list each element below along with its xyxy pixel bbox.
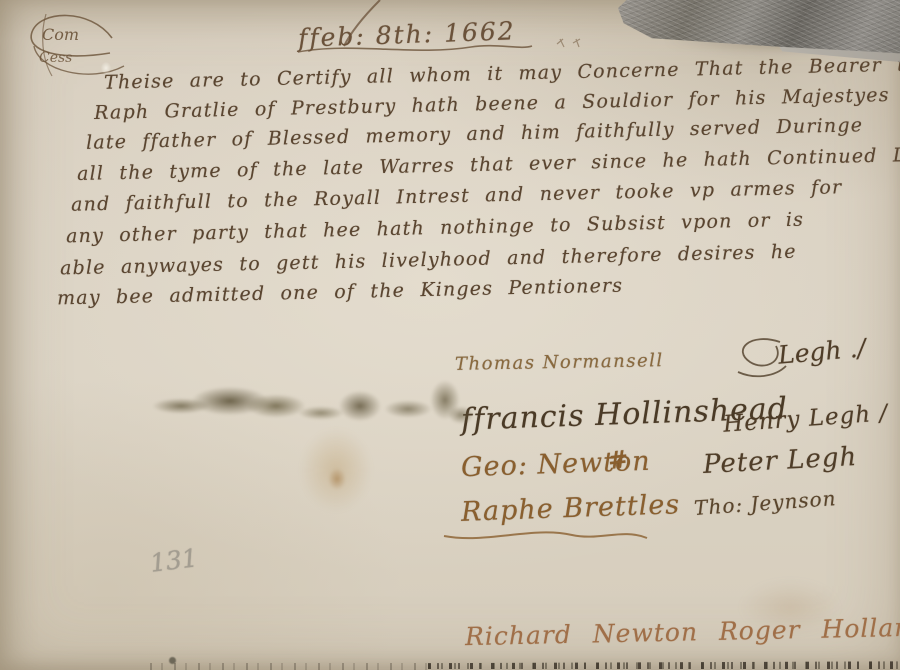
- ink-blot-stain: [148, 376, 478, 440]
- brettles-underline-flourish: [442, 522, 652, 548]
- signature-thomas-normansell: Thomas Normansell: [455, 350, 664, 375]
- paper-fleck: [101, 62, 111, 74]
- manuscript-page: Com Cess ffeb: 8th: 1662 Theise are to C…: [0, 0, 900, 670]
- diagonal-pen-stroke: [336, 0, 386, 48]
- body-line-7: able anywayes to gett his livelyhood and…: [60, 241, 797, 280]
- signature-tho-jeynson: Tho: Jeynson: [693, 486, 837, 520]
- clipped-text-line: [428, 660, 898, 669]
- corner-mark-line2: Cess: [39, 50, 72, 66]
- corner-mark-line1: Com: [42, 25, 79, 44]
- clipped-text-line-faint: [150, 663, 430, 670]
- amber-spot: [328, 468, 346, 490]
- signature-legh: Legh ./: [777, 333, 867, 370]
- pencil-folio-number: 131: [148, 543, 199, 578]
- newton-merchant-mark: #: [607, 444, 630, 475]
- endorsement-names: Richard Newton Roger Holland /: [465, 612, 900, 651]
- pen-trial-marks: [555, 34, 585, 50]
- date-underline-flourish: [296, 40, 536, 60]
- body-line-6: any other party that hee hath nothinge t…: [66, 209, 805, 248]
- body-line-8: may bee admitted one of the Kinges Penti…: [57, 275, 624, 310]
- signature-peter-legh: Peter Legh: [702, 442, 858, 480]
